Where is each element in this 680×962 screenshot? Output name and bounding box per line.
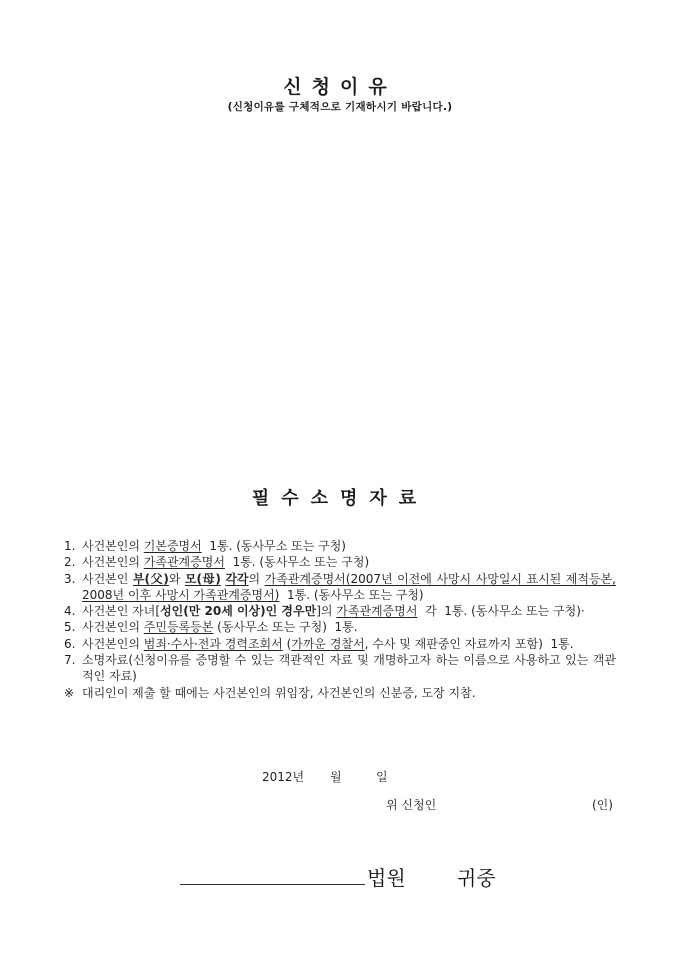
document-name: 가족관계증명서 [336,604,417,618]
date-year: 2012년 [262,768,324,785]
required-docs-title: 필수소명자료 [0,488,680,510]
item-text: 사건본인 [82,572,133,586]
item-text: 1통. (동사무소 또는 구청) [225,555,369,569]
item-text: 1통. (동사무소 또는 구청) [279,588,423,602]
item-number: 5. [64,619,75,635]
date-day[interactable]: 일 [376,768,388,785]
note-text: 대리인이 제출 할 때에는 사건본인의 위임장, 사건본인의 신분증, 도장 지… [82,686,476,700]
court-label: 법원 [367,862,457,891]
item-text: 와 [169,572,185,586]
item-text: ]의 [316,604,336,618]
item-number: 1. [64,538,75,554]
item-text: 사건본인의 [82,620,144,634]
item-text: 1통. (동사무소 또는 구청) [202,539,346,553]
adult-condition: 성인(만 20세 이상)인 경우만 [160,604,316,618]
item-text: 소명자료(신청이유를 증명할 수 있는 객관적인 자료 및 개명하고자 하는 이… [82,653,616,683]
reason-title: 신청이유 [0,76,680,98]
petition-page: 신청이유 (신청이유를 구체적으로 기재하시기 바랍니다.) 필수소명자료 1.… [0,0,680,962]
document-name: 기본증명서 [144,539,202,553]
required-doc-item: 1. 사건본인의 기본증명서 1통. (동사무소 또는 구청) [64,538,616,554]
reason-subtitle: (신청이유를 구체적으로 기재하시기 바랍니다.) [0,100,680,114]
honorific-label: 귀중 [457,862,496,891]
item-text: 사건본인의 [82,637,144,651]
court-name-blank[interactable] [180,884,365,885]
item-text: (동사무소 또는 구청) 1통. [213,620,357,634]
applicant-label: 위 신청인 [386,796,436,813]
item-number: 3. [64,571,75,587]
required-doc-item: 7. 소명자료(신청이유를 증명할 수 있는 객관적인 자료 및 개명하고자 하… [64,652,616,685]
each-label: 각각 [225,572,248,586]
filing-date: 2012년월일 [262,768,388,785]
required-doc-item: 4. 사건본인 자녀[성인(만 20세 이상)인 경우만]의 가족관계증명서 각… [64,603,616,619]
issuing-office: 가까운 경찰서 [291,637,364,651]
item-text: 사건본인의 [82,555,144,569]
item-number: 7. [64,652,75,668]
mother-label: 모(母) [185,572,221,586]
item-text: , 수사 및 재판중인 자료까지 포함) 1통. [365,637,574,651]
proxy-note: ※ 대리인이 제출 할 때에는 사건본인의 위임장, 사건본인의 신분증, 도장… [64,685,616,701]
item-text: 사건본인 자녀[ [82,604,160,618]
item-number: 4. [64,603,75,619]
item-text: 사건본인의 [82,539,144,553]
required-doc-item: 6. 사건본인의 범죄·수사·전과 경력조회서 (가까운 경찰서, 수사 및 재… [64,636,616,652]
date-month[interactable]: 월 [324,768,376,785]
document-name: 범죄·수사·전과 경력조회서 [144,637,283,651]
document-name: 주민등록등본 [144,620,214,634]
item-text: ( [283,637,292,651]
item-number: 6. [64,636,75,652]
item-text: 의 [249,572,265,586]
required-doc-item: 2. 사건본인의 가족관계증명서 1통. (동사무소 또는 구청) [64,554,616,570]
required-doc-item: 5. 사건본인의 주민등록등본 (동사무소 또는 구청) 1통. [64,619,616,635]
seal-mark[interactable]: (인) [592,796,613,813]
required-docs-list: 1. 사건본인의 기본증명서 1통. (동사무소 또는 구청) 2. 사건본인의… [64,538,616,701]
reason-body-area[interactable] [60,125,620,475]
addressee: 법원귀중 [367,862,496,891]
required-doc-item: 3. 사건본인 부(父)와 모(母) 각각의 가족관계증명서(2007년 이전에… [64,571,616,604]
document-name: 가족관계증명서 [144,555,225,569]
reference-mark-icon: ※ [64,685,74,701]
father-label: 부(父) [133,572,169,586]
item-text: 각 1통. (동사무소 또는 구청)· [417,604,584,618]
item-number: 2. [64,554,75,570]
